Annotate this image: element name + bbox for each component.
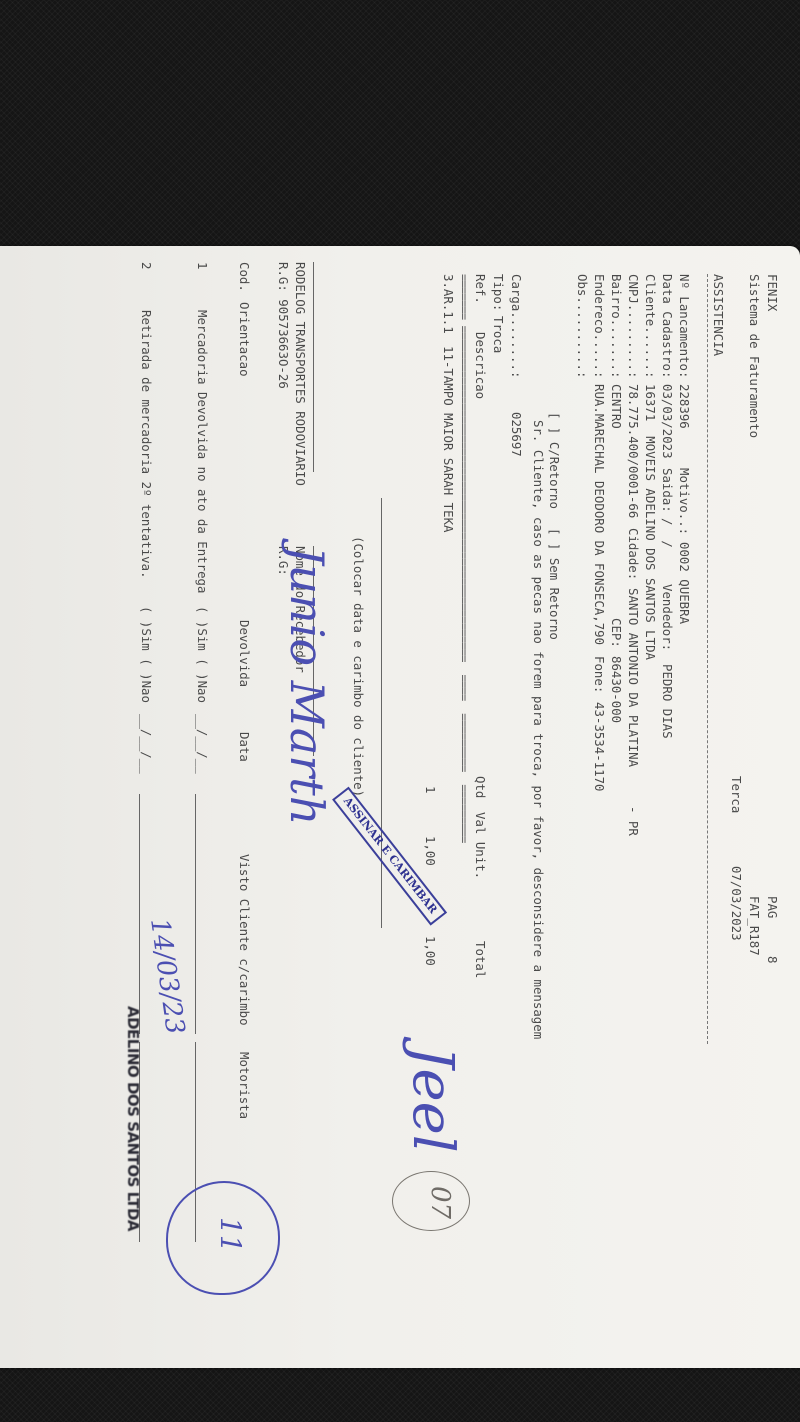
endereco-label: Endereco.....: — [593, 274, 605, 378]
col-data: Data — [238, 732, 250, 762]
section-title: ASSISTENCIA — [712, 274, 724, 356]
cep-label: CEP: — [610, 618, 622, 648]
fone-value: 43-3534-1170 — [593, 702, 605, 792]
system-subtitle: Sistema de Faturamento — [748, 274, 760, 438]
item-descricao: 11-TAMPO MAIOR SARAH TEKA — [442, 346, 454, 533]
cliente-label: Cliente......: — [644, 274, 656, 378]
visto-line[interactable] — [195, 794, 196, 1034]
col-motorista: Motorista — [238, 1052, 250, 1119]
lancamento-label: Nº Lancamento: — [678, 274, 690, 378]
col-qtd: Qtd — [474, 776, 486, 798]
orient-date-field[interactable]: __/__/__ — [140, 714, 152, 774]
table-divider: ======= ================================… — [458, 274, 470, 842]
orient-cod: 1 — [196, 262, 208, 269]
carga-value: 025697 — [510, 412, 522, 457]
document-page: FENIX Sistema de Faturamento PAG 8 FAT_R… — [0, 246, 800, 1368]
header-divider — [707, 274, 708, 1044]
report-code: FAT_R187 — [748, 896, 760, 956]
item-total: 1,00 — [424, 936, 436, 966]
notice-text: Sr. Cliente, caso as pecas nao forem par… — [532, 420, 544, 1039]
handwritten-initials: Jeel — [404, 1046, 460, 1153]
retorno-checkbox[interactable]: [ ] C/Retorno — [548, 412, 560, 509]
tipo-label: Tipo: — [492, 274, 504, 311]
system-name: FENIX — [766, 274, 778, 311]
vendedor-value: PEDRO DIAS — [661, 664, 673, 739]
company-stamp: ADELINO DOS SANTOS LTDA — [125, 1006, 140, 1231]
visto-line[interactable] — [139, 794, 140, 1034]
orient-text: Mercadoria Devolvida no ato da Entrega — [196, 310, 208, 593]
orient-devolvida-options[interactable]: ( )Sim ( )Nao — [196, 606, 208, 703]
carrier-name: RODELOG TRANSPORTES RODOVIARIO — [294, 262, 306, 486]
carrier-rg: R.G: 90573663O-26 — [277, 262, 289, 389]
carga-label: Carga........: — [510, 274, 522, 378]
handwritten-date: 14/03/23 — [146, 917, 188, 1036]
cidade-value: SANTO ANTONIO DA PLATINA — [627, 588, 639, 767]
cidade-label: Cidade: — [627, 528, 639, 580]
uf-value: - PR — [627, 806, 639, 836]
fone-label: Fone: — [593, 656, 605, 693]
orient-date-field[interactable]: __/__/__ — [196, 714, 208, 774]
sem-retorno-checkbox[interactable]: [ ] Sem Retorno — [548, 528, 560, 640]
stamp-instruction: (Colocar data e carimbo do cliente) — [352, 536, 364, 797]
bairro-value: CENTRO — [610, 384, 622, 429]
col-devolvida: Devolvida — [238, 620, 250, 687]
col-ref: Ref. — [474, 274, 486, 304]
motivo-label: Motivo..: — [678, 468, 690, 535]
col-cod: Cod. — [238, 262, 250, 292]
col-visto: Visto Cliente c/carimbo — [238, 854, 250, 1026]
cliente-value: 16371 MOVEIS ADELINO DOS SANTOS LTDA — [644, 384, 656, 660]
print-date: 07/03/2023 — [730, 866, 742, 941]
item-val-unit: 1,00 — [424, 836, 436, 866]
item-qtd: 1 — [424, 786, 436, 793]
vendedor-label: Vendedor: — [661, 584, 673, 651]
col-val-unit: Val Unit. — [474, 812, 486, 879]
lancamento-value: 228396 — [678, 384, 690, 429]
motivo-value: 0002 QUEBRA — [678, 542, 690, 624]
page-number: 8 — [766, 956, 778, 963]
bairro-label: Bairro.......: — [610, 274, 622, 378]
data-cadastro-label: Data Cadastro: — [661, 274, 673, 378]
orient-text: Retirada de mercadoria 2º tentativa. — [140, 310, 152, 579]
item-ref: 3.AR.1.1 — [442, 274, 454, 334]
obs-label: Obs..........: — [576, 274, 588, 378]
handwritten-signature: Junio Marth — [284, 546, 330, 825]
page-label: PAG — [766, 896, 778, 918]
orient-devolvida-options[interactable]: ( )Sim ( )Nao — [140, 606, 152, 703]
cep-value: 86430-000 — [610, 656, 622, 723]
carrier-line — [313, 262, 314, 472]
endereco-value: RUA.MARECHAL DEODORO DA FONSECA,790 — [593, 384, 605, 645]
col-total: Total — [474, 941, 486, 978]
cnpj-label: CNPJ.........: — [627, 274, 639, 378]
saida-label: Saida: — [661, 468, 673, 513]
saida-value: / / — [661, 518, 673, 548]
weekday: Terca — [730, 776, 742, 813]
circled-number-gray: 07 — [392, 1171, 470, 1231]
circled-number-blue: 11 — [166, 1181, 280, 1295]
col-orientacao: Orientacao — [238, 302, 250, 377]
col-descricao: Descricao — [474, 332, 486, 399]
tipo-value: Troca — [492, 316, 504, 353]
cnpj-value: 78.775.400/0001-66 — [627, 384, 639, 518]
orient-cod: 2 — [140, 262, 152, 269]
data-cadastro-value: 03/03/2023 — [661, 384, 673, 459]
